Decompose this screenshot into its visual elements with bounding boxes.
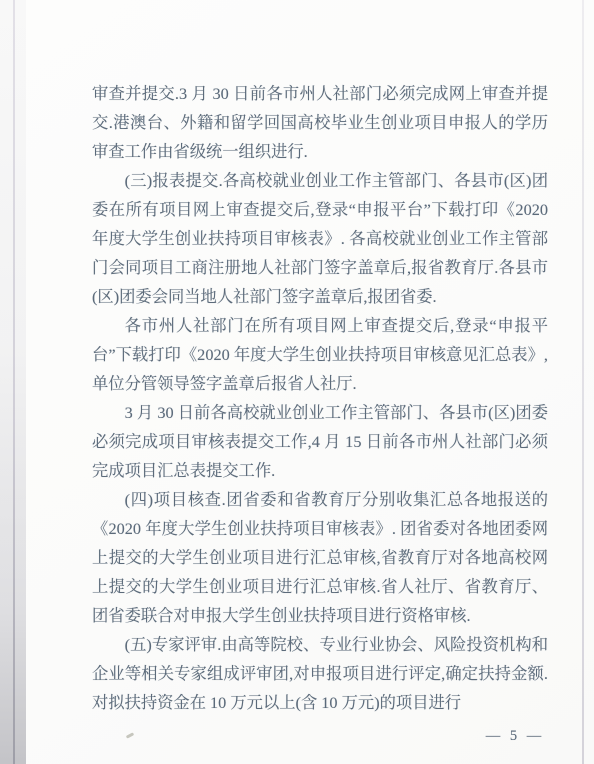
paragraph: (三)报表提交.各高校就业创业工作主管部门、各县市(区)团委在所有项目网上审查提…	[92, 166, 548, 311]
scan-right-edge-line	[582, 0, 584, 764]
paragraph: 审查并提交.3 月 30 日前各市州人社部门必须完成网上审查并提交.港澳台、外籍…	[92, 79, 548, 166]
paragraph: (五)专家评审.由高等院校、专业行业协会、风险投资机构和企业等相关专家组成评审团…	[92, 630, 548, 717]
scanned-document-page: 审查并提交.3 月 30 日前各市州人社部门必须完成网上审查并提交.港澳台、外籍…	[0, 0, 594, 764]
page-number: — 5 —	[455, 728, 575, 745]
paragraph: (四)项目核查.团省委和省教育厅分别收集汇总各地报送的《2020 年度大学生创业…	[92, 485, 548, 630]
smudge-mark	[126, 732, 134, 738]
paragraph: 3 月 30 日前各高校就业创业工作主管部门、各县市(区)团委必须完成项目审核表…	[92, 398, 548, 485]
paragraph: 各市州人社部门在所有项目网上审查提交后,登录“申报平台”下载打印《2020 年度…	[92, 311, 548, 398]
document-body-text: 审查并提交.3 月 30 日前各市州人社部门必须完成网上审查并提交.港澳台、外籍…	[92, 79, 548, 717]
scan-left-edge-line	[13, 0, 15, 764]
